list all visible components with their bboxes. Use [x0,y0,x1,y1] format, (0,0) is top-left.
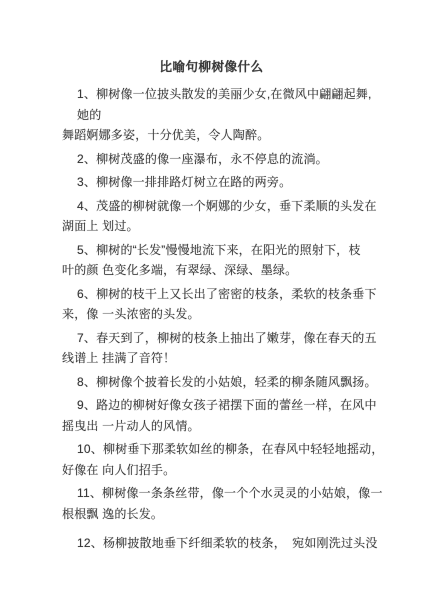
text-line: 叶的颜 色变化多端，有翠绿、深绿、墨绿。 [62,260,373,281]
text-line: 3、柳树像一排排路灯树立在路的两旁。 [62,172,373,193]
text-line: 1、柳树像一位披头散发的美丽少女,在微风中翩翩起舞, [62,84,373,105]
text-line: 好像在 向人们招手。 [62,460,373,481]
text-line: 根根飘 逸的长发。 [62,504,373,525]
document-title: 比喻句柳树像什么 [0,0,423,76]
text-line: 舞蹈婀娜多姿，十分优美，令人陶醉。 [62,125,373,146]
text-line: 线谱上 挂满了音符！ [62,348,373,369]
text-line: 9、路边的柳树好像女孩子裙摆下面的蕾丝一样，在风中 [62,395,373,416]
text-line: 来，像 一头浓密的头发。 [62,304,373,325]
text-line: 2、柳树茂盛的像一座瀑布，永不停息的流淌。 [62,149,373,170]
text-line: 8、柳树像个披着长发的小姑娘，轻柔的柳条随风飘扬。 [62,372,373,393]
text-line: 湖面上 划过。 [62,216,373,237]
text-line: 她的 [62,105,373,126]
text-line: 4、茂盛的柳树就像一个婀娜的少女，垂下柔顺的头发在 [62,196,373,217]
text-line: 7、春天到了，柳树的枝条上抽出了嫩芽，像在春天的五 [62,328,373,349]
text-line: 6、柳树的枝干上又长出了密密的枝条，柔软的枝条垂下 [62,284,373,305]
text-line: 11、柳树像一条条丝带，像一个个水灵灵的小姑娘，像一 [62,483,373,504]
text-line: 10、柳树垂下那柔软如丝的柳条，在春风中轻轻地摇动， [62,439,373,460]
text-line: 摇曳出 一片动人的风情。 [62,416,373,437]
text-line: 5、柳树的“长发”慢慢地流下来，在阳光的照射下，枝 [62,240,373,261]
document-page: 比喻句柳树像什么 1、柳树像一位披头散发的美丽少女,在微风中翩翩起舞, 她的 舞… [0,0,423,600]
text-line: 12、杨柳披散地垂下纤细柔软的枝条， 宛如刚洗过头没 [62,533,373,554]
document-body: 1、柳树像一位披头散发的美丽少女,在微风中翩翩起舞, 她的 舞蹈婀娜多姿，十分优… [0,84,423,554]
